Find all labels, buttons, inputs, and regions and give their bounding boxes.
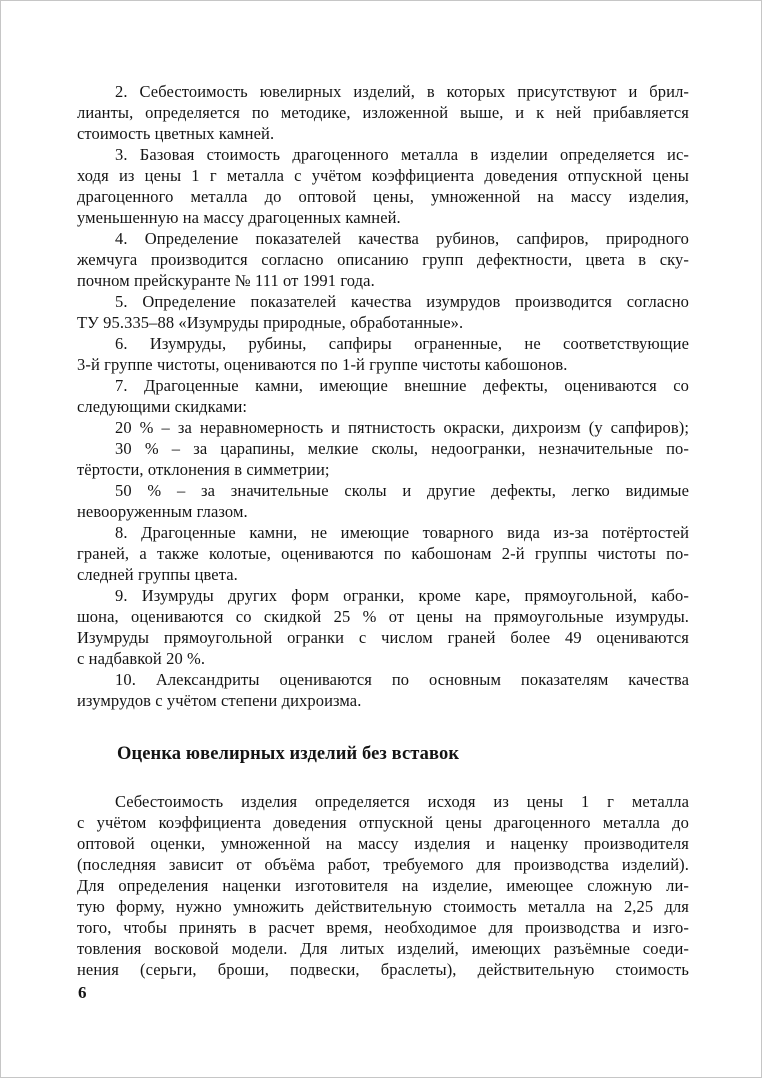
text-line: тую форму, нужно умножить действительную… bbox=[77, 896, 689, 917]
paragraph: 9. Изумруды других форм огранки, кроме к… bbox=[77, 585, 689, 669]
text-line: драгоценного металла до оптовой цены, ум… bbox=[77, 186, 689, 207]
text-line: следней группы цвета. bbox=[77, 564, 689, 585]
paragraph: 7. Драгоценные камни, имеющие внешние де… bbox=[77, 375, 689, 417]
paragraph: 6. Изумруды, рубины, сапфиры ограненные,… bbox=[77, 333, 689, 375]
paragraph: 4. Определение показателей качества руби… bbox=[77, 228, 689, 291]
text-line: товления восковой модели. Для литых изде… bbox=[77, 938, 689, 959]
text-line: того, чтобы принять в расчет время, необ… bbox=[77, 917, 689, 938]
text-line: ходя из цены 1 г металла с учётом коэффи… bbox=[77, 165, 689, 186]
paragraph: 10. Александриты оцениваются по основным… bbox=[77, 669, 689, 711]
text-line: 8. Драгоценные камни, не имеющие товарно… bbox=[77, 522, 689, 543]
text-line: следующими скидками: bbox=[77, 396, 689, 417]
text-line: граней, а также колотые, оцениваются по … bbox=[77, 543, 689, 564]
text-line: ТУ 95.335–88 «Изумруды природные, обрабо… bbox=[77, 312, 689, 333]
paragraph: Себестоимость изделия определяется исход… bbox=[77, 791, 689, 980]
text-line: с надбавкой 20 %. bbox=[77, 648, 689, 669]
text-line: изумрудов с учётом степени дихроизма. bbox=[77, 690, 689, 711]
text-line: нения (серьги, броши, подвески, браслеты… bbox=[77, 959, 689, 980]
text-line: (последняя зависит от объёма работ, треб… bbox=[77, 854, 689, 875]
text-line: 10. Александриты оцениваются по основным… bbox=[77, 669, 689, 690]
text-line: 4. Определение показателей качества руби… bbox=[77, 228, 689, 249]
text-line: жемчуга производится согласно описанию г… bbox=[77, 249, 689, 270]
text-line: почном прейскуранте № 111 от 1991 года. bbox=[77, 270, 689, 291]
text-line: 6. Изумруды, рубины, сапфиры ограненные,… bbox=[77, 333, 689, 354]
text-line: с учётом коэффициента доведения отпускно… bbox=[77, 812, 689, 833]
text-line: лианты, определяется по методике, изложе… bbox=[77, 102, 689, 123]
paragraph: 5. Определение показателей качества изум… bbox=[77, 291, 689, 333]
page-number: 6 bbox=[78, 983, 87, 1003]
text-line: 9. Изумруды других форм огранки, кроме к… bbox=[77, 585, 689, 606]
text-line: Для определения наценки изготовителя на … bbox=[77, 875, 689, 896]
text-line: 2. Себестоимость ювелирных изделий, в ко… bbox=[77, 81, 689, 102]
text-line: оптовой оценки, умноженной на массу изде… bbox=[77, 833, 689, 854]
text-line: шона, оцениваются со скидкой 25 % от цен… bbox=[77, 606, 689, 627]
text-line: 20 % – за неравномерность и пятнистость … bbox=[77, 417, 689, 438]
paragraph: 50 % – за значительные сколы и другие де… bbox=[77, 480, 689, 522]
text-line: 5. Определение показателей качества изум… bbox=[77, 291, 689, 312]
text-line: 3. Базовая стоимость драгоценного металл… bbox=[77, 144, 689, 165]
paragraph: 8. Драгоценные камни, не имеющие товарно… bbox=[77, 522, 689, 585]
text-line: невооруженным глазом. bbox=[77, 501, 689, 522]
text-line: 30 % – за царапины, мелкие сколы, недоог… bbox=[77, 438, 689, 459]
paragraph: 20 % – за неравномерность и пятнистость … bbox=[77, 417, 689, 438]
paragraph: 30 % – за царапины, мелкие сколы, недоог… bbox=[77, 438, 689, 480]
paragraph: 3. Базовая стоимость драгоценного металл… bbox=[77, 144, 689, 228]
section-heading: Оценка ювелирных изделий без вставок bbox=[77, 743, 689, 765]
text-line: 3-й группе чистоты, оцениваются по 1-й г… bbox=[77, 354, 689, 375]
text-line: 50 % – за значительные сколы и другие де… bbox=[77, 480, 689, 501]
page-body: 2. Себестоимость ювелирных изделий, в ко… bbox=[77, 81, 689, 980]
text-line: Изумруды прямоугольной огранки с числом … bbox=[77, 627, 689, 648]
text-line: стоимость цветных камней. bbox=[77, 123, 689, 144]
paragraph: 2. Себестоимость ювелирных изделий, в ко… bbox=[77, 81, 689, 144]
text-line: тёртости, отклонения в симметрии; bbox=[77, 459, 689, 480]
text-line: 7. Драгоценные камни, имеющие внешние де… bbox=[77, 375, 689, 396]
text-line: Себестоимость изделия определяется исход… bbox=[77, 791, 689, 812]
document-page: 2. Себестоимость ювелирных изделий, в ко… bbox=[0, 0, 762, 1078]
text-line: уменьшенную на массу драгоценных камней. bbox=[77, 207, 689, 228]
